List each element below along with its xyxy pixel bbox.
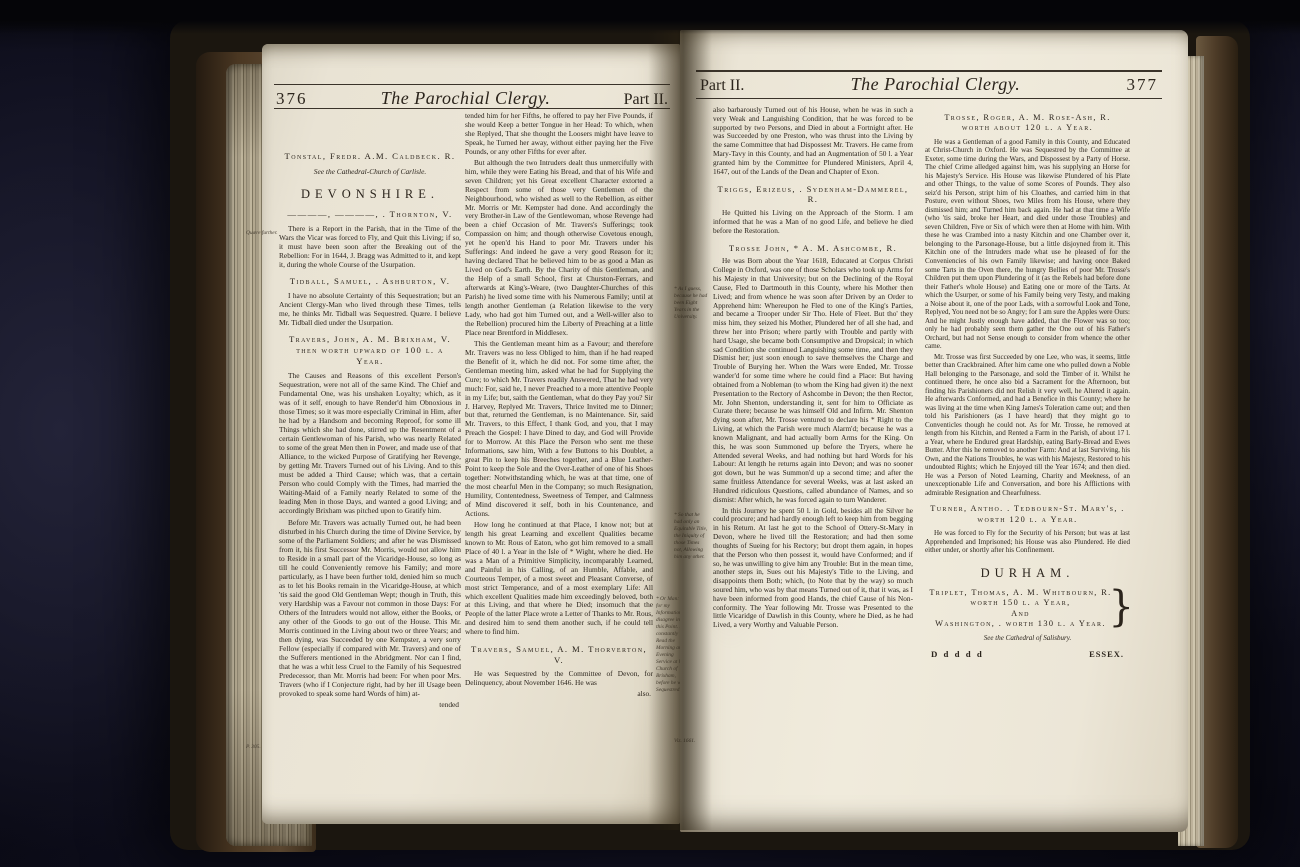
entry-heading-triplet-line3: Washington, . worth 130 l. a Year. (929, 619, 1112, 629)
entry-heading-travers-john: Travers, John, A. M. Brixham, V. then wo… (283, 334, 457, 367)
entry-heading-trosse-roger: Trosse, Roger, A. M. Rose-Ash, R. worth … (929, 113, 1126, 134)
top-shadow (0, 0, 1300, 34)
cross-reference: See the Cathedral of Salisbury. (925, 634, 1130, 643)
catchword: ESSEX. (1089, 649, 1124, 660)
page-number: 377 (1127, 75, 1159, 95)
paragraph: He was Sequestred by the Committee of De… (465, 670, 653, 688)
paragraph: He was forced to Fly for the Security of… (925, 529, 1130, 555)
signature-row: D d d d d ESSEX. (925, 649, 1130, 660)
margin-note-viz-1661: Viz. 1661. (674, 738, 708, 745)
paragraph: This the Gentleman meant him as a Favour… (465, 340, 653, 519)
paragraph: The Causes and Reasons of this excellent… (279, 371, 461, 516)
page-header: 376 The Parochial Clergy. Part II. (276, 88, 668, 109)
entry-heading-tonstal: Tonstal, Fredr. A.M. Caldbeck. R. (283, 151, 457, 162)
catchword: tended (279, 700, 459, 709)
entry-heading-travers-samuel: Travers, Samuel, A. M. Thorverton, V. (469, 644, 649, 666)
entry-heading-triplet-line2: And (929, 609, 1112, 619)
signature-mark: D d d d d (931, 649, 984, 660)
county-heading-devonshire: DEVONSHIRE. (279, 187, 461, 202)
paragraph: also barbarously Turned out of his House… (713, 106, 913, 177)
paragraph: There is a Report in the Parish, that in… (279, 224, 461, 269)
paragraph: He was a Gentleman of a good Family in t… (925, 138, 1130, 351)
part-label: Part II. (624, 91, 668, 109)
entry-heading-turner: Turner, Antho. . Tedbourn-St. Mary's, . … (929, 504, 1126, 525)
running-title: The Parochial Clergy. (851, 74, 1021, 95)
page-number: 376 (276, 89, 308, 109)
page-left: 376 The Parochial Clergy. Part II. Tonst… (262, 44, 680, 824)
county-heading-durham: DURHAM. (925, 566, 1130, 581)
paragraph: Mr. Trosse was first Succeeded by one Le… (925, 353, 1130, 498)
catchword: also. (465, 690, 651, 699)
margin-note-quaere: Quære further. (246, 230, 278, 237)
paragraph: How long he continued at that Place, I k… (465, 521, 653, 637)
right-page-column-2: Trosse, Roger, A. M. Rose-Ash, R. worth … (925, 106, 1130, 806)
entry-heading-triplet-line1: Triplet, Thomas, A. M. Whitbourn, R. wor… (929, 588, 1112, 609)
running-title: The Parochial Clergy. (381, 88, 551, 109)
paragraph: In this Journey he spent 50 l. in Gold, … (713, 507, 913, 631)
margin-note-as-i-guess: * As I guess, because he had been Eight … (674, 286, 708, 321)
header-rule-top (696, 70, 1162, 72)
entry-heading-thornton: ————, ————, . Thornton, V. (283, 209, 457, 220)
cross-reference: See the Cathedral-Church of Carlisle. (279, 167, 461, 176)
paragraph: Before Mr. Travers was actually Turned o… (279, 518, 461, 699)
left-page-column-2: tended him for her Fifths, he offered to… (465, 112, 653, 814)
entry-heading-triggs: Triggs, Erizeus, . Sydenham-Dammerel, R. (717, 184, 909, 206)
paragraph: I have no absolute Certainty of this Seq… (279, 291, 461, 327)
paragraph: tended him for her Fifths, he offered to… (465, 112, 653, 157)
right-page-column-1: also barbarously Turned out of his House… (713, 106, 913, 806)
entry-heading-trosse-john: Trosse John, * A. M. Ashcombe, R. (717, 243, 909, 254)
margin-note-p305: P. 305. (246, 744, 278, 751)
header-rule-bottom (274, 108, 670, 109)
page-right: Part II. The Parochial Clergy. 377 also … (680, 30, 1188, 832)
triplet-entry-group: Triplet, Thomas, A. M. Whitbourn, R. wor… (925, 588, 1130, 630)
left-page-column-1: Tonstal, Fredr. A.M. Caldbeck. R. See th… (279, 144, 461, 812)
header-rule-bottom (696, 98, 1162, 99)
book-photograph: 376 The Parochial Clergy. Part II. Tonst… (0, 0, 1300, 867)
curly-brace: } (1109, 582, 1130, 633)
margin-note-equitable-title: * So that he had only an Equitable Title… (674, 512, 708, 561)
paragraph: He Quitted his Living on the Approach of… (713, 209, 913, 235)
part-label: Part II. (700, 77, 744, 95)
header-rule-top (274, 84, 670, 85)
page-header: Part II. The Parochial Clergy. 377 (700, 74, 1158, 95)
entry-heading-tidball: Tidball, Samuel, . Ashburton, V. (283, 276, 457, 287)
paragraph: He was Born about the Year 1618, Educate… (713, 257, 913, 504)
paragraph: But although the two Intruders dealt thu… (465, 159, 653, 338)
